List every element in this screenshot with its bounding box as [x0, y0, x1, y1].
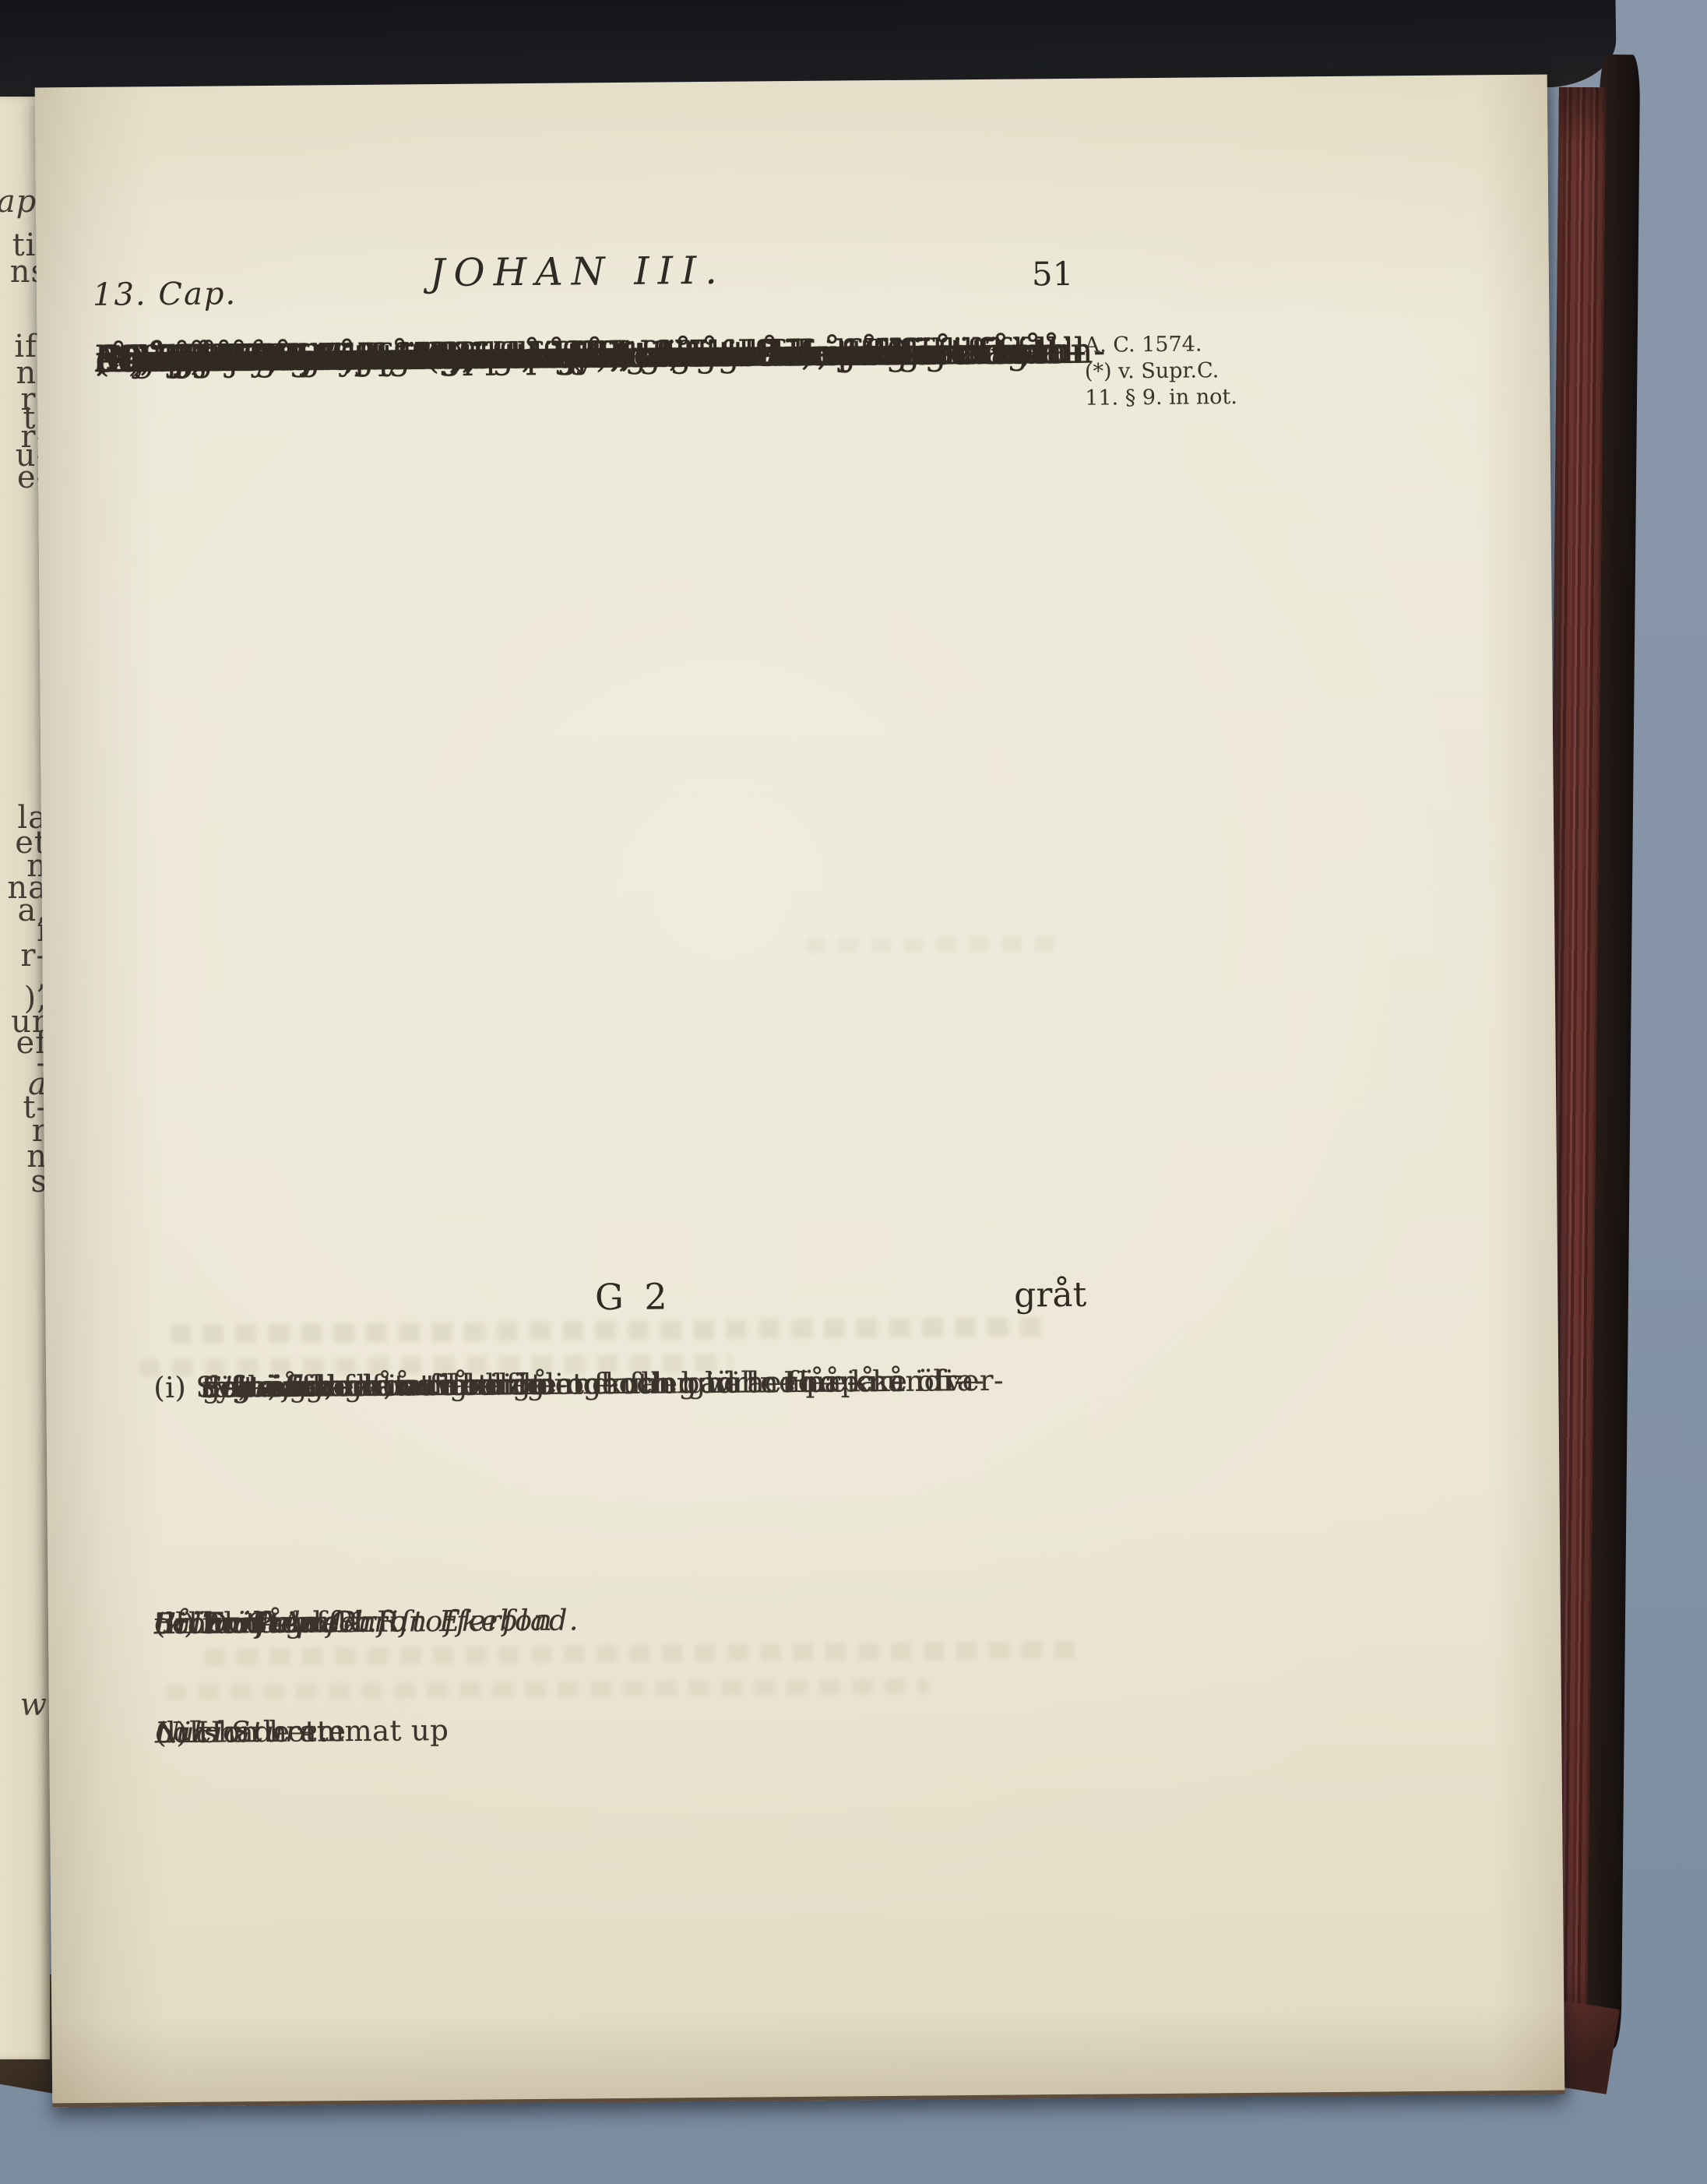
text-line: (l) Hon hette Lucia och hade ammat up Ni… — [155, 1705, 1097, 1714]
signature-mark: G 2 — [571, 1275, 695, 1318]
text-line: til Forſtena. — [154, 1596, 1096, 1605]
margin-note-line: 11. § 9. in not. — [1085, 384, 1264, 412]
bleed-through-text — [204, 1641, 1076, 1666]
bleed-through-text — [166, 1679, 929, 1701]
page-number: 51 — [1032, 255, 1074, 293]
margin-note-line: (*) v. Supr.C. — [1085, 358, 1264, 386]
italic-text-segment: Forſtena. — [202, 1602, 350, 1644]
text-segment: namnet. — [202, 1367, 324, 1407]
chapter-label: 13. Cap. — [93, 276, 238, 313]
margin-note-line: A. C. 1574. — [1085, 331, 1264, 359]
book-page: 13. Cap. JOHAN III. 51 A. C. 1574.(*) v.… — [35, 75, 1565, 2108]
catchword: gråt — [1014, 1275, 1087, 1316]
body-text: ſin ſyſter Sigrid (*) med ſine tårar (i)… — [96, 329, 1079, 338]
bleed-through-text — [805, 935, 1062, 953]
book-scan-scene: ap,ti-nsif-n,r-t-r-u-e-laetnnaa,ir-,),ur… — [0, 0, 1707, 2184]
running-title: JOHAN III. — [430, 248, 727, 295]
text-line: använde fåfängt all ſin wåltalighet och … — [96, 329, 1079, 338]
margin-note: A. C. 1574.(*) v. Supr.C.11. § 9. in not… — [1085, 331, 1265, 412]
footnote-l: (l) Hon hette Lucia och hade ammat up Ni… — [155, 1705, 1097, 1714]
text-segment: använde fåfängt all ſin wåltalighet och … — [96, 330, 948, 381]
italic-text-segment: Nils Sture. — [155, 1711, 330, 1753]
page-fragment: w — [20, 1687, 48, 1723]
signature-row: G 2 gråt — [104, 1272, 1086, 1327]
footnote-k: (k) Doter af R. R. Biörn Pehrſon til Fål… — [154, 1596, 1096, 1605]
